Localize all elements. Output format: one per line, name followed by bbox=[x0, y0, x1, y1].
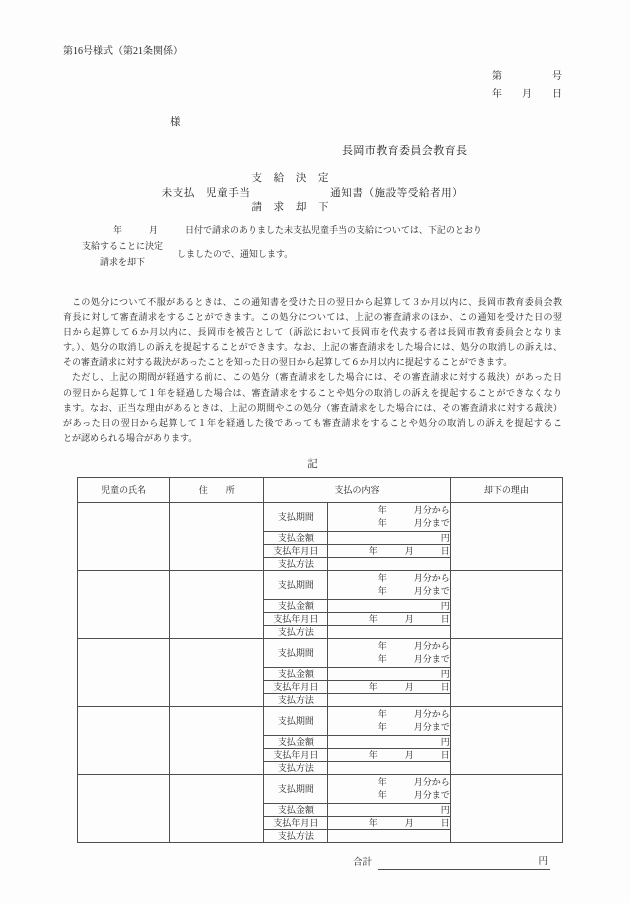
total-underline: 円 bbox=[378, 855, 550, 870]
appeal-paragraph-line: ます。なお、正当な理由があるときは、上記の期間やこの処分（審査請求をした場合には… bbox=[63, 401, 562, 416]
payment-date-label: 支払年月日 bbox=[264, 612, 328, 625]
payment-date-label: 支払年月日 bbox=[264, 544, 328, 557]
child-name-cell bbox=[78, 570, 170, 638]
period-from-text: 年 月分から bbox=[328, 708, 449, 721]
table-row: 支払期間 年 月分から 年 月分まで bbox=[78, 706, 563, 735]
addressee-line: 様 bbox=[63, 116, 562, 129]
appeal-instructions: この処分について不服があるときは、この通知書を受けた日の翌日から起算して３か月以… bbox=[63, 295, 562, 446]
payment-table-wrapper: 児童の氏名 住 所 支払の内容 却下の理由 支払期間 年 月分から 年 月分まで… bbox=[77, 477, 562, 843]
address-cell bbox=[170, 502, 264, 570]
payment-period-value: 年 月分から 年 月分まで bbox=[328, 570, 450, 599]
table-header-row: 児童の氏名 住 所 支払の内容 却下の理由 bbox=[78, 477, 563, 502]
payment-date-label: 支払年月日 bbox=[264, 816, 328, 829]
appeal-paragraph-line: 日から起算して６か月以内に、長岡市を被告として（訴訟において長岡市を代表する者は… bbox=[63, 325, 562, 340]
child-name-cell bbox=[78, 638, 170, 706]
payment-period-value: 年 月分から 年 月分まで bbox=[328, 502, 450, 531]
title-right-text: 通知書（施設等受給者用） bbox=[330, 187, 463, 200]
payment-amount-label: 支払金額 bbox=[264, 599, 328, 612]
notice-rejection-option: 請求を却下 bbox=[82, 256, 163, 269]
appeal-paragraph-line: の翌日から起算して１年を経過した場合は、審査請求をすることや処分の取消しの訴えを… bbox=[63, 386, 562, 401]
payment-date-value: 年 月 日 bbox=[328, 544, 450, 557]
title-left-text: 未支払 児童手当 bbox=[162, 187, 251, 200]
document-number-line: 第 号 bbox=[63, 68, 562, 86]
payment-period-label: 支払期間 bbox=[264, 638, 328, 667]
payment-amount-value: 円 bbox=[328, 531, 450, 544]
payment-method-value bbox=[328, 829, 450, 842]
total-unit: 円 bbox=[539, 857, 549, 867]
payment-date-label: 支払年月日 bbox=[264, 748, 328, 761]
rejection-reason-cell bbox=[450, 638, 562, 706]
appeal-paragraph-line: す。）、処分の取消しの訴えを提起することができます。なお、上記の審査請求をした場… bbox=[63, 340, 562, 355]
payment-decision-option: 支 給 決 定 bbox=[251, 172, 329, 185]
appeal-paragraph-line: その審査請求に対する裁決があったことを知った日の翌日から起算して６か月以内に提起… bbox=[63, 355, 562, 370]
document-date-line: 年 月 日 bbox=[63, 86, 562, 104]
appeal-paragraph-line: ただし、上記の期間が経過する前に、この処分（審査請求をした場合には、その審査請求… bbox=[63, 370, 562, 385]
period-to-text: 年 月分まで bbox=[328, 653, 449, 666]
payment-date-value: 年 月 日 bbox=[328, 612, 450, 625]
address-cell bbox=[170, 638, 264, 706]
header-child-name: 児童の氏名 bbox=[78, 477, 170, 502]
address-cell bbox=[170, 570, 264, 638]
payment-period-label: 支払期間 bbox=[264, 706, 328, 735]
child-name-cell bbox=[78, 774, 170, 842]
payment-period-label: 支払期間 bbox=[264, 502, 328, 531]
period-from-text: 年 月分から bbox=[328, 572, 449, 585]
notice-option-stack: 支給することに決定 請求を却下 bbox=[82, 240, 163, 269]
total-row: 合計 円 bbox=[63, 855, 562, 870]
document-meta: 第 号 年 月 日 bbox=[63, 68, 562, 104]
payment-method-label: 支払方法 bbox=[264, 557, 328, 570]
header-address: 住 所 bbox=[170, 477, 264, 502]
sender-title: 長岡市教育委員会教育長 bbox=[63, 145, 562, 158]
payment-date-value: 年 月 日 bbox=[328, 748, 450, 761]
address-cell bbox=[170, 774, 264, 842]
form-number-text: 第16号様式（第21条関係） bbox=[63, 45, 562, 58]
document-page: 第16号様式（第21条関係） 第 号 年 月 日 様 長岡市教育委員会教育長 未… bbox=[0, 0, 630, 903]
notice-closing-text: しましたので、通知します。 bbox=[177, 248, 293, 261]
payment-period-value: 年 月分から 年 月分まで bbox=[328, 706, 450, 735]
payment-period-value: 年 月分から 年 月分まで bbox=[328, 774, 450, 803]
rejection-reason-cell bbox=[450, 774, 562, 842]
title-option-stack: 支 給 決 定 請 求 却 下 bbox=[251, 172, 329, 214]
payment-amount-value: 円 bbox=[328, 599, 450, 612]
rejection-reason-cell bbox=[450, 502, 562, 570]
header-payment-content: 支払の内容 bbox=[264, 477, 450, 502]
payment-method-label: 支払方法 bbox=[264, 625, 328, 638]
payment-method-label: 支払方法 bbox=[264, 829, 328, 842]
child-name-cell bbox=[78, 502, 170, 570]
payment-amount-label: 支払金額 bbox=[264, 803, 328, 816]
payment-method-value bbox=[328, 625, 450, 638]
period-to-text: 年 月分まで bbox=[328, 721, 449, 734]
appeal-paragraph-line: とが認められる場合があります。 bbox=[63, 431, 562, 446]
table-row: 支払期間 年 月分から 年 月分まで bbox=[78, 570, 563, 599]
appeal-paragraph-line: この処分について不服があるときは、この通知書を受けた日の翌日から起算して３か月以… bbox=[63, 295, 562, 310]
payment-amount-label: 支払金額 bbox=[264, 531, 328, 544]
table-row: 支払期間 年 月分から 年 月分まで bbox=[78, 638, 563, 667]
payment-amount-label: 支払金額 bbox=[264, 735, 328, 748]
period-to-text: 年 月分まで bbox=[328, 585, 449, 598]
payment-method-value bbox=[328, 761, 450, 774]
appeal-paragraph-line: があった日の翌日から起算して１年を経過した後であっても審査請求をすることや処分の… bbox=[63, 416, 562, 431]
payment-period-value: 年 月分から 年 月分まで bbox=[328, 638, 450, 667]
address-cell bbox=[170, 706, 264, 774]
document-title: 未支払 児童手当 支 給 決 定 請 求 却 下 通知書（施設等受給者用） bbox=[63, 172, 562, 214]
payment-amount-label: 支払金額 bbox=[264, 667, 328, 680]
rejection-reason-cell bbox=[450, 706, 562, 774]
appeal-paragraph-line: 育長に対して審査請求をすることができます。この処分については、上記の審査請求のほ… bbox=[63, 310, 562, 325]
notice-paragraph: 年 月 日付で請求のありました未支払児童手当の支給については、下記のとおり 支給… bbox=[63, 224, 562, 269]
period-from-text: 年 月分から bbox=[328, 640, 449, 653]
payment-table: 児童の氏名 住 所 支払の内容 却下の理由 支払期間 年 月分から 年 月分まで… bbox=[77, 477, 563, 843]
payment-date-value: 年 月 日 bbox=[328, 680, 450, 693]
payment-date-value: 年 月 日 bbox=[328, 816, 450, 829]
total-label: 合計 bbox=[353, 856, 372, 870]
payment-method-label: 支払方法 bbox=[264, 761, 328, 774]
payment-amount-value: 円 bbox=[328, 803, 450, 816]
payment-period-label: 支払期間 bbox=[264, 774, 328, 803]
payment-amount-value: 円 bbox=[328, 667, 450, 680]
notice-decision-option: 支給することに決定 bbox=[82, 240, 163, 253]
payment-amount-value: 円 bbox=[328, 735, 450, 748]
payment-date-label: 支払年月日 bbox=[264, 680, 328, 693]
payment-method-value bbox=[328, 557, 450, 570]
payment-period-label: 支払期間 bbox=[264, 570, 328, 599]
notice-first-line: 年 月 日付で請求のありました未支払児童手当の支給については、下記のとおり bbox=[63, 224, 562, 237]
table-row: 支払期間 年 月分から 年 月分まで bbox=[78, 774, 563, 803]
header-rejection-reason: 却下の理由 bbox=[450, 477, 562, 502]
payment-method-value bbox=[328, 693, 450, 706]
child-name-cell bbox=[78, 706, 170, 774]
claim-rejection-option: 請 求 却 下 bbox=[251, 201, 329, 214]
period-from-text: 年 月分から bbox=[328, 504, 449, 517]
period-from-text: 年 月分から bbox=[328, 776, 449, 789]
record-marker: 記 bbox=[63, 458, 562, 471]
table-row: 支払期間 年 月分から 年 月分まで bbox=[78, 502, 563, 531]
rejection-reason-cell bbox=[450, 570, 562, 638]
period-to-text: 年 月分まで bbox=[328, 789, 449, 802]
payment-method-label: 支払方法 bbox=[264, 693, 328, 706]
period-to-text: 年 月分まで bbox=[328, 517, 449, 530]
